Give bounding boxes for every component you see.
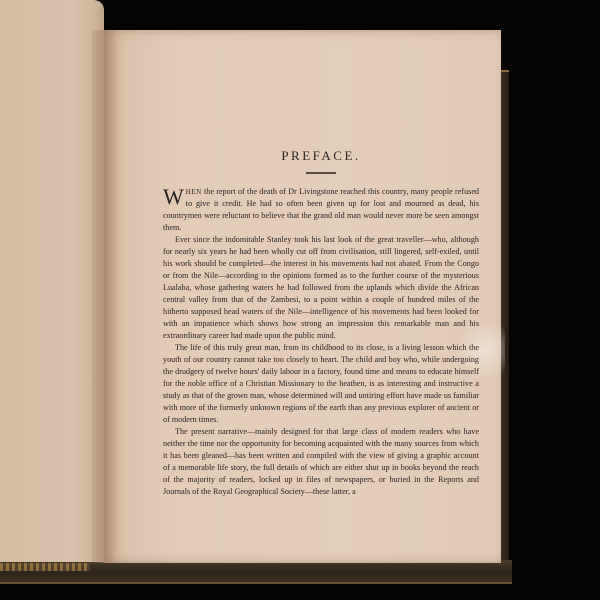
paragraph-4: The present narrative—mainly designed fo… (163, 426, 479, 498)
gilt-binding-edge (0, 563, 90, 571)
gutter-shadow (92, 30, 118, 563)
paragraph-1: WHEN the report of the death of Dr Livin… (163, 186, 479, 234)
title-rule (306, 172, 336, 174)
drop-cap: W (163, 188, 184, 206)
left-page (0, 0, 104, 562)
lead-smallcaps: HEN (186, 188, 202, 196)
paragraph-1-text: the report of the death of Dr Livingston… (163, 187, 479, 232)
preface-text-block: PREFACE. WHEN the report of the death of… (163, 148, 479, 498)
paragraph-2: Ever since the indomitable Stanley took … (163, 234, 479, 342)
book-photo: PREFACE. WHEN the report of the death of… (0, 0, 600, 600)
paragraph-3: The life of this truly great man, from i… (163, 342, 479, 426)
page-title: PREFACE. (163, 148, 479, 164)
